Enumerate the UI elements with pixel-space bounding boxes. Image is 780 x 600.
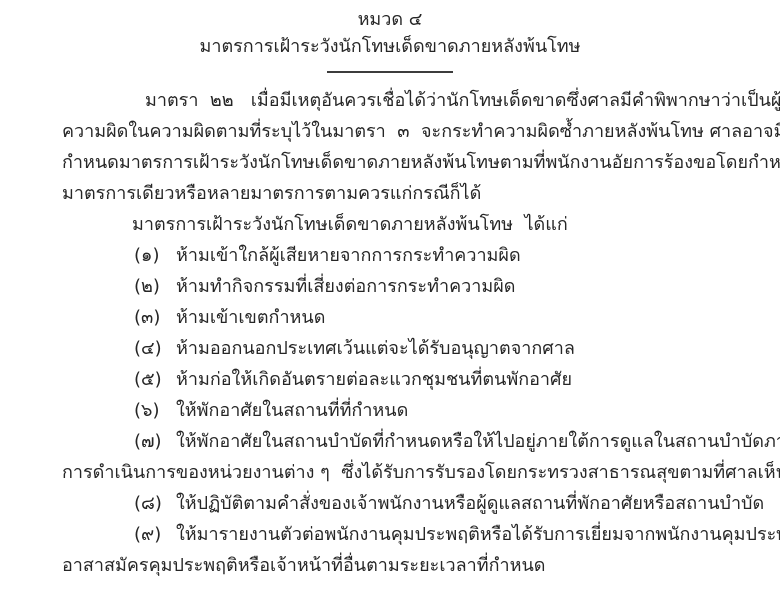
- item-text: ห้ามเข้าเขตกำหนด: [176, 307, 325, 328]
- list-item-line: (๑)ห้ามเข้าใกล้ผู้เสียหายจากการกระทำความ…: [62, 240, 740, 271]
- document-body: มาตรา ๒๒ เมื่อมีเหตุอันควรเชื่อได้ว่านัก…: [0, 85, 780, 581]
- list-item-line: (๖)ให้พักอาศัยในสถานที่ที่กำหนด: [62, 395, 740, 426]
- list-item-line: (๕)ห้ามก่อให้เกิดอันตรายต่อละแวกชุมชนที่…: [62, 364, 740, 395]
- paragraph-line: มาตรการเดียวหรือหลายมาตรการตามควรแก่กรณี…: [62, 178, 740, 209]
- list-item-line: (๒)ห้ามทำกิจกรรมที่เสี่ยงต่อการกระทำความ…: [62, 271, 740, 302]
- document-title: มาตรการเฝ้าระวังนักโทษเด็ดขาดภายหลังพ้นโ…: [0, 33, 780, 60]
- paragraph-line: มาตรการเฝ้าระวังนักโทษเด็ดขาดภายหลังพ้นโ…: [62, 209, 740, 240]
- chapter-heading: หมวด ๔: [0, 6, 780, 33]
- title-underline: [327, 71, 453, 73]
- item-text: ให้พักอาศัยในสถานบำบัดที่กำหนดหรือให้ไปอ…: [176, 431, 780, 452]
- item-text: ห้ามทำกิจกรรมที่เสี่ยงต่อการกระทำความผิด: [176, 276, 515, 297]
- item-number: (๔): [134, 333, 176, 364]
- item-text: ห้ามเข้าใกล้ผู้เสียหายจากการกระทำความผิด: [176, 245, 521, 266]
- document-header: หมวด ๔ มาตรการเฝ้าระวังนักโทษเด็ดขาดภายห…: [0, 0, 780, 73]
- item-text: ห้ามออกนอกประเทศเว้นแต่จะได้รับอนุญาตจาก…: [176, 338, 575, 359]
- paragraph-line: อาสาสมัครคุมประพฤติหรือเจ้าหน้าที่อื่นตา…: [62, 550, 740, 581]
- paragraph-line: กำหนดมาตรการเฝ้าระวังนักโทษเด็ดขาดภายหลั…: [62, 147, 740, 178]
- paragraph-line: มาตรา ๒๒ เมื่อมีเหตุอันควรเชื่อได้ว่านัก…: [62, 85, 740, 116]
- item-number: (๒): [134, 271, 176, 302]
- item-text: ให้พักอาศัยในสถานที่ที่กำหนด: [176, 400, 408, 421]
- item-number: (๕): [134, 364, 176, 395]
- item-number: (๖): [134, 395, 176, 426]
- item-number: (๑): [134, 240, 176, 271]
- list-item-line: (๗)ให้พักอาศัยในสถานบำบัดที่กำหนดหรือให้…: [62, 426, 740, 457]
- item-text: ให้ปฏิบัติตามคำสั่งของเจ้าพนักงานหรือผู้…: [176, 493, 764, 514]
- list-item-line: (๓)ห้ามเข้าเขตกำหนด: [62, 302, 740, 333]
- item-number: (๘): [134, 488, 176, 519]
- item-text: ให้มารายงานตัวต่อพนักงานคุมประพฤติหรือได…: [176, 524, 780, 545]
- list-item-line: (๔)ห้ามออกนอกประเทศเว้นแต่จะได้รับอนุญาต…: [62, 333, 740, 364]
- item-text: ห้ามก่อให้เกิดอันตรายต่อละแวกชุมชนที่ตนพ…: [176, 369, 572, 390]
- list-item-line: (๘)ให้ปฏิบัติตามคำสั่งของเจ้าพนักงานหรือ…: [62, 488, 740, 519]
- paragraph-line: ความผิดในความผิดตามที่ระบุไว้ในมาตรา ๓ จ…: [62, 116, 740, 147]
- item-number: (๓): [134, 302, 176, 333]
- document-page: หมวด ๔ มาตรการเฝ้าระวังนักโทษเด็ดขาดภายห…: [0, 0, 780, 600]
- item-number: (๙): [134, 519, 176, 550]
- paragraph-line: การดำเนินการของหน่วยงานต่าง ๆ ซึ่งได้รับ…: [62, 457, 740, 488]
- list-item-line: (๙)ให้มารายงานตัวต่อพนักงานคุมประพฤติหรื…: [62, 519, 740, 550]
- item-number: (๗): [134, 426, 176, 457]
